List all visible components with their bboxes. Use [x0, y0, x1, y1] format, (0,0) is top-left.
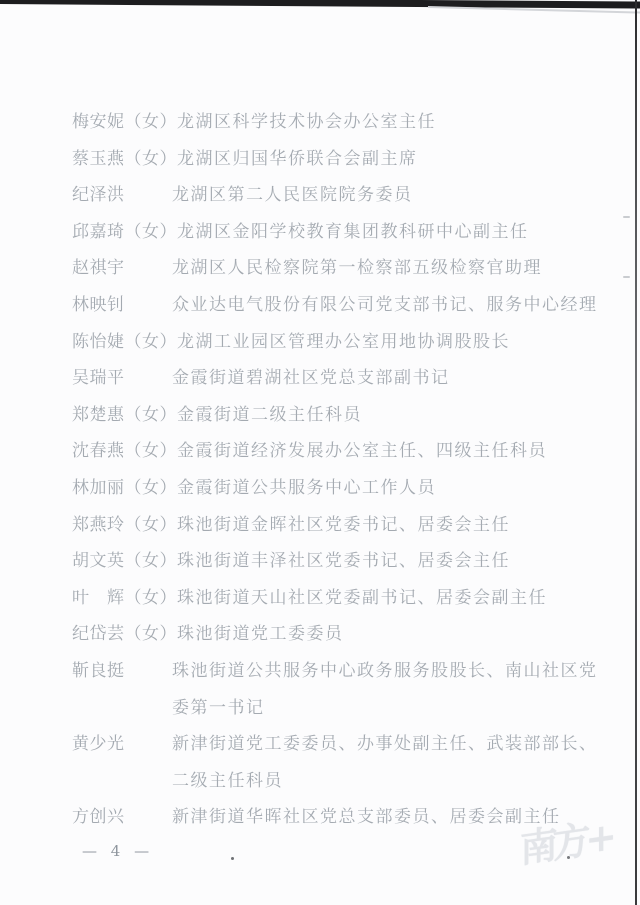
- person-name: 纪岱芸（女）: [72, 616, 177, 653]
- roster-row: 黄少光 新津街道党工委委员、办事处副主任、武装部部长、二级主任科员: [72, 726, 617, 799]
- position-line: 金霞街道公共服务中心工作人员: [177, 470, 617, 507]
- person-position: 龙湖区归国华侨联合会副主席: [177, 141, 617, 178]
- scan-top-edge-artifact: [0, 0, 640, 9]
- position-line: 委第一书记: [172, 690, 617, 727]
- person-position: 新津街道党工委委员、办事处副主任、武装部部长、二级主任科员: [172, 726, 617, 799]
- roster-list: 梅安妮（女） 龙湖区科学技术协会办公室主任 蔡玉燕（女） 龙湖区归国华侨联合会副…: [72, 104, 617, 836]
- roster-row: 叶 辉（女） 珠池街道天山社区党委副书记、居委会副主任: [72, 580, 617, 617]
- position-line: 二级主任科员: [172, 763, 617, 800]
- person-name: 吴瑞平: [72, 360, 172, 397]
- page-number: — 4 —: [82, 842, 150, 860]
- person-name: 林映钊: [72, 287, 172, 324]
- roster-row: 纪岱芸（女） 珠池街道党工委委员: [72, 616, 617, 653]
- person-position: 众业达电气股份有限公司党支部书记、服务中心经理: [172, 287, 617, 324]
- person-name: 郑燕玲（女）: [72, 507, 177, 544]
- scan-right-edge-artifact: [635, 0, 637, 905]
- person-name: 沈春燕（女）: [72, 433, 177, 470]
- position-line: 金霞街道经济发展办公室主任、四级主任科员: [177, 433, 617, 470]
- position-line: 金霞街道碧湖社区党总支部副书记: [172, 360, 617, 397]
- person-name: 方创兴: [72, 799, 172, 836]
- roster-row: 林加丽（女） 金霞街道公共服务中心工作人员: [72, 470, 617, 507]
- person-position: 龙湖区金阳学校教育集团教科研中心副主任: [177, 214, 617, 251]
- person-position: 龙湖工业园区管理办公室用地协调股股长: [177, 324, 617, 361]
- position-line: 新津街道党工委委员、办事处副主任、武装部部长、: [172, 726, 617, 763]
- person-name: 赵祺宇: [72, 250, 172, 287]
- position-line: 珠池街道天山社区党委副书记、居委会副主任: [177, 580, 617, 617]
- person-name: 陈怡婕（女）: [72, 324, 177, 361]
- position-line: 龙湖区第二人民医院院务委员: [172, 177, 617, 214]
- person-position: 金霞街道二级主任科员: [177, 397, 617, 434]
- person-name: 邱嘉琦（女）: [72, 214, 177, 251]
- position-line: 金霞街道二级主任科员: [177, 397, 617, 434]
- person-position: 金霞街道公共服务中心工作人员: [177, 470, 617, 507]
- roster-row: 赵祺宇 龙湖区人民检察院第一检察部五级检察官助理: [72, 250, 617, 287]
- position-line: 龙湖工业园区管理办公室用地协调股股长: [177, 324, 617, 361]
- nanfang-plus-watermark: 南方+: [520, 805, 612, 873]
- person-position: 珠池街道丰泽社区党委书记、居委会主任: [177, 543, 617, 580]
- scanned-document-page: 梅安妮（女） 龙湖区科学技术协会办公室主任 蔡玉燕（女） 龙湖区归国华侨联合会副…: [0, 0, 640, 905]
- position-line: 龙湖区人民检察院第一检察部五级检察官助理: [172, 250, 617, 287]
- scan-speck: [231, 857, 234, 860]
- person-name: 郑楚惠（女）: [72, 397, 177, 434]
- person-name: 叶 辉（女）: [72, 580, 177, 617]
- roster-row: 胡文英（女） 珠池街道丰泽社区党委书记、居委会主任: [72, 543, 617, 580]
- roster-row: 蔡玉燕（女） 龙湖区归国华侨联合会副主席: [72, 141, 617, 178]
- position-line: 珠池街道公共服务中心政务服务股股长、南山社区党: [172, 653, 617, 690]
- roster-row: 沈春燕（女） 金霞街道经济发展办公室主任、四级主任科员: [72, 433, 617, 470]
- scan-speck: [623, 276, 630, 278]
- position-line: 龙湖区科学技术协会办公室主任: [177, 104, 617, 141]
- roster-row: 陈怡婕（女） 龙湖工业园区管理办公室用地协调股股长: [72, 324, 617, 361]
- position-line: 珠池街道金晖社区党委书记、居委会主任: [177, 507, 617, 544]
- person-name: 林加丽（女）: [72, 470, 177, 507]
- roster-row: 邱嘉琦（女） 龙湖区金阳学校教育集团教科研中心副主任: [72, 214, 617, 251]
- person-position: 珠池街道公共服务中心政务服务股股长、南山社区党委第一书记: [172, 653, 617, 726]
- person-position: 金霞街道碧湖社区党总支部副书记: [172, 360, 617, 397]
- person-name: 梅安妮（女）: [72, 104, 177, 141]
- roster-row: 吴瑞平 金霞街道碧湖社区党总支部副书记: [72, 360, 617, 397]
- person-position: 龙湖区科学技术协会办公室主任: [177, 104, 617, 141]
- position-line: 众业达电气股份有限公司党支部书记、服务中心经理: [172, 287, 617, 324]
- roster-row: 林映钊 众业达电气股份有限公司党支部书记、服务中心经理: [72, 287, 617, 324]
- person-position: 金霞街道经济发展办公室主任、四级主任科员: [177, 433, 617, 470]
- position-line: 龙湖区归国华侨联合会副主席: [177, 141, 617, 178]
- person-name: 黄少光: [72, 726, 172, 763]
- roster-row: 郑楚惠（女） 金霞街道二级主任科员: [72, 397, 617, 434]
- roster-row: 郑燕玲（女） 珠池街道金晖社区党委书记、居委会主任: [72, 507, 617, 544]
- person-position: 龙湖区第二人民医院院务委员: [172, 177, 617, 214]
- position-line: 珠池街道党工委委员: [177, 616, 617, 653]
- position-line: 珠池街道丰泽社区党委书记、居委会主任: [177, 543, 617, 580]
- person-position: 珠池街道金晖社区党委书记、居委会主任: [177, 507, 617, 544]
- roster-row: 纪泽洪 龙湖区第二人民医院院务委员: [72, 177, 617, 214]
- person-name: 胡文英（女）: [72, 543, 177, 580]
- person-name: 蔡玉燕（女）: [72, 141, 177, 178]
- person-position: 珠池街道党工委委员: [177, 616, 617, 653]
- position-line: 龙湖区金阳学校教育集团教科研中心副主任: [177, 214, 617, 251]
- person-name: 纪泽洪: [72, 177, 172, 214]
- roster-row: 梅安妮（女） 龙湖区科学技术协会办公室主任: [72, 104, 617, 141]
- scan-speck: [623, 216, 630, 218]
- person-position: 珠池街道天山社区党委副书记、居委会副主任: [177, 580, 617, 617]
- person-position: 龙湖区人民检察院第一检察部五级检察官助理: [172, 250, 617, 287]
- person-name: 靳良挺: [72, 653, 172, 690]
- roster-row: 靳良挺 珠池街道公共服务中心政务服务股股长、南山社区党委第一书记: [72, 653, 617, 726]
